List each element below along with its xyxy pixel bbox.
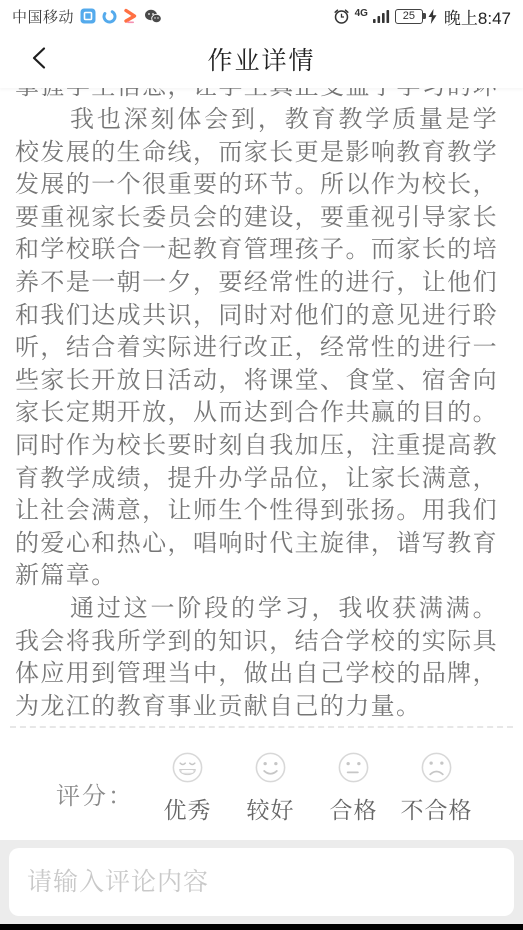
orange-app-icon <box>123 8 138 24</box>
battery-percent-label: 25 <box>403 10 415 22</box>
status-bar-left: 中国移动 <box>12 6 162 27</box>
neutral-face-icon <box>335 750 372 787</box>
spacer <box>0 825 523 829</box>
comment-input[interactable] <box>9 848 514 916</box>
rating-options: 优秀 较好 <box>146 750 478 825</box>
rating-option-pass[interactable]: 合格 <box>312 750 395 825</box>
rating-section: 评分： 优秀 <box>0 750 523 825</box>
rating-label: 评分： <box>56 776 134 811</box>
back-icon[interactable] <box>28 45 54 71</box>
comment-bar <box>0 840 523 924</box>
paragraph-1: 我也深刻体会到，教育教学质量是学校发展的生命线，而家长更是影响教育教学发展的一个… <box>15 104 498 593</box>
dashed-divider <box>10 726 513 728</box>
rating-option-label: 合格 <box>330 792 378 825</box>
network-type-label: 4G <box>355 8 368 19</box>
wechat-icon <box>144 9 162 24</box>
alarm-clock-icon <box>333 8 350 25</box>
carrier-label: 中国移动 <box>12 6 74 27</box>
smile-face-icon <box>252 750 289 787</box>
loading-ring-icon <box>102 9 117 24</box>
status-bar: 中国移动 4G 25 <box>0 0 523 30</box>
nav-bar: 作业详情 <box>0 30 523 88</box>
page-title: 作业详情 <box>207 41 315 77</box>
clock-time-label: 晚上8:47 <box>444 4 511 29</box>
rating-option-label: 较好 <box>247 792 295 825</box>
clipped-text-line: 掌握学生信息，让学生真正受益于学习的环境。 <box>15 88 498 104</box>
rating-option-good[interactable]: 较好 <box>229 750 312 825</box>
app-blue-square-icon <box>80 8 96 24</box>
status-bar-right: 4G 25 晚上8:47 <box>333 4 511 29</box>
bottom-black-bar <box>0 924 523 930</box>
grin-face-icon <box>169 750 206 787</box>
signal-bars-icon <box>373 9 390 23</box>
frown-face-icon <box>418 750 455 787</box>
charging-bolt-icon <box>428 9 437 24</box>
rating-option-excellent[interactable]: 优秀 <box>146 750 229 825</box>
homework-detail-screen: 中国移动 4G 25 <box>0 0 523 930</box>
rating-option-fail[interactable]: 不合格 <box>395 750 478 825</box>
battery-indicator: 25 <box>395 9 423 24</box>
paragraph-2: 通过这一阶段的学习，我收获满满。我会将我所学到的知识，结合学校的实际具体应用到管… <box>15 593 498 723</box>
rating-option-label: 不合格 <box>401 792 473 825</box>
homework-text: 掌握学生信息，让学生真正受益于学习的环境。 我也深刻体会到，教育教学质量是学校发… <box>0 88 523 723</box>
rating-option-label: 优秀 <box>164 792 212 825</box>
